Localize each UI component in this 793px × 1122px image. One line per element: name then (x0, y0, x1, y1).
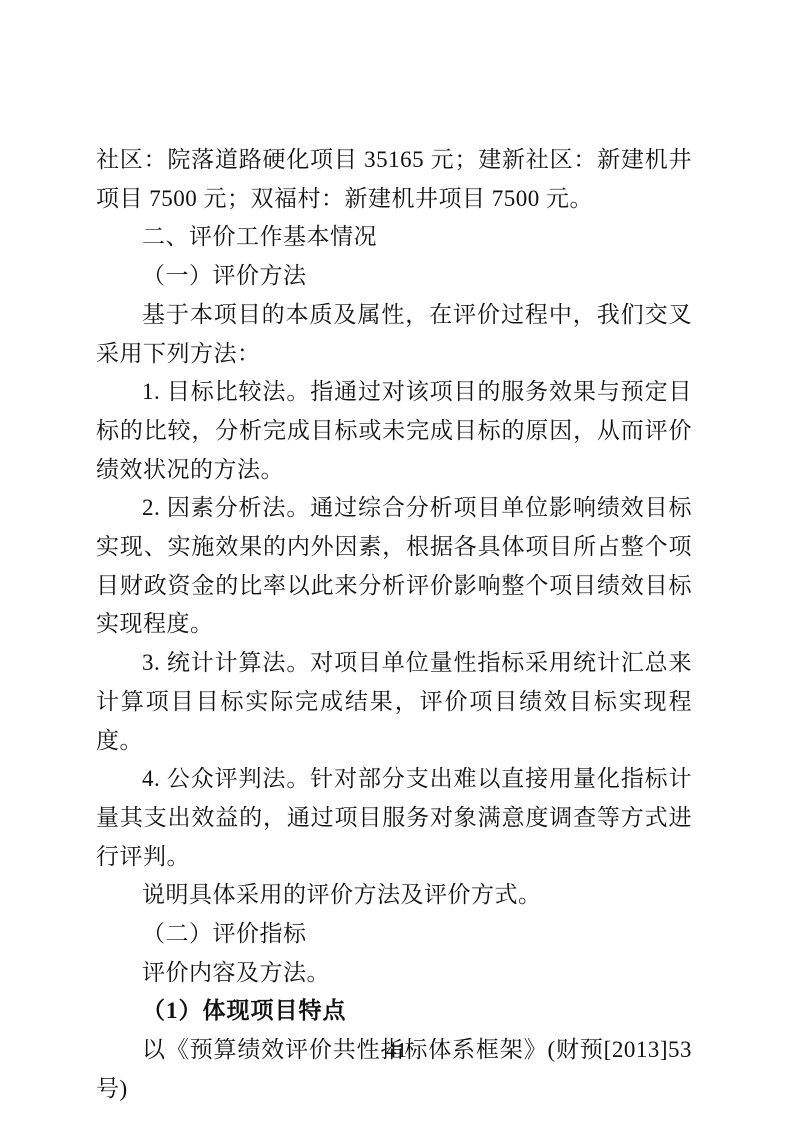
paragraph-methods-intro: 基于本项目的本质及属性，在评价过程中，我们交叉采用下列方法： (96, 296, 692, 373)
paragraph-method-3-statistical-calc: 3. 统计计算法。对项目单位量性指标采用统计汇总来计算项目目标实际完成结果，评价… (96, 644, 692, 760)
heading-subsection-two-eval-indicators: （二）评价指标 (96, 915, 692, 954)
document-page: 社区：院落道路硬化项目 35165 元；建新社区：新建机井项目 7500 元；双… (0, 0, 793, 1122)
paragraph-method-1-goal-comparison: 1. 目标比较法。指通过对该项目的服务效果与预定目标的比较，分析完成目标或未完成… (96, 373, 692, 489)
paragraph-method-note: 说明具体采用的评价方法及评价方式。 (96, 876, 692, 915)
paragraph-method-2-factor-analysis: 2. 因素分析法。通过综合分析项目单位影响绩效目标实现、实施效果的内外因素，根据… (96, 489, 692, 644)
heading-section-two: 二、评价工作基本情况 (96, 218, 692, 257)
heading-subsection-one-eval-method: （一）评价方法 (96, 257, 692, 296)
heading-project-feature: （1）体现项目特点 (96, 992, 692, 1031)
page-number: 41 (0, 1036, 793, 1064)
paragraph-method-4-public-judgement: 4. 公众评判法。针对部分支出难以直接用量化指标计量其支出效益的，通过项目服务对… (96, 760, 692, 876)
document-body: 社区：院落道路硬化项目 35165 元；建新社区：新建机井项目 7500 元；双… (96, 141, 692, 1109)
paragraph-continuation-project-amounts: 社区：院落道路硬化项目 35165 元；建新社区：新建机井项目 7500 元；双… (96, 141, 692, 218)
paragraph-eval-content: 评价内容及方法。 (96, 954, 692, 993)
